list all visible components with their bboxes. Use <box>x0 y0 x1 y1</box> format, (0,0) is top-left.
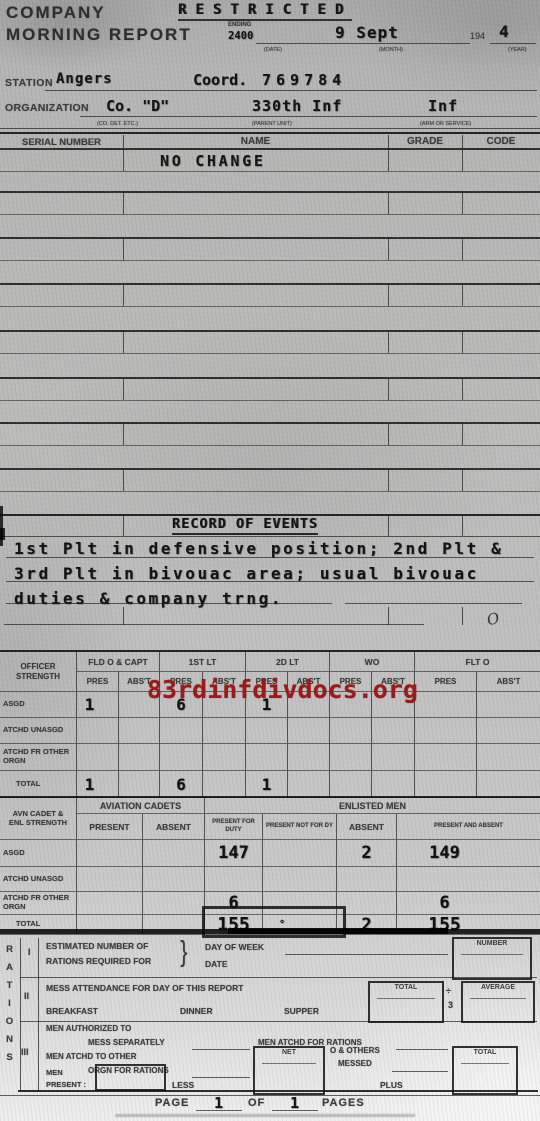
org-sublabel-2: (PARENT UNIT) <box>252 121 292 127</box>
officer-cell <box>288 771 330 798</box>
enlisted-cell <box>205 867 263 892</box>
enlisted-subcol: PRESENT FOR DUTY <box>205 814 263 840</box>
officer-strength-header: OFFICER STRENGTH <box>0 652 77 692</box>
enlisted-subcol: PRESENT AND ABSENT <box>397 814 540 840</box>
divide-symbol: ÷ <box>446 986 451 996</box>
men-atchd-other-label: MEN ATCHD TO OTHER <box>46 1052 137 1061</box>
column-divider <box>123 239 124 260</box>
restricted-stamp: RESTRICTED <box>178 2 352 21</box>
page-label: PAGE <box>155 1097 189 1109</box>
column-divider <box>388 150 389 171</box>
typing-line <box>0 306 540 307</box>
officer-cell <box>288 718 330 744</box>
org-sublabel-1: (CO. DET. ETC.) <box>97 121 138 127</box>
rule <box>0 1095 540 1096</box>
typing-line <box>0 353 540 354</box>
form-title-line1: COMPANY <box>6 3 106 23</box>
officer-subcol: PRES <box>415 672 477 692</box>
rule <box>38 938 39 1091</box>
officer-cell <box>477 692 540 718</box>
column-divider <box>388 424 389 445</box>
officer-cell <box>330 744 372 771</box>
officer-cell <box>477 718 540 744</box>
column-divider <box>462 332 463 353</box>
typing-line <box>0 491 540 492</box>
pages-label: PAGES <box>322 1097 365 1109</box>
enlisted-row-label: ASGD <box>0 840 77 867</box>
roster-entry: NO CHANGE <box>160 152 266 170</box>
officer-cell <box>203 771 246 798</box>
typing-line <box>0 260 540 261</box>
officer-cell <box>203 718 246 744</box>
roster-row <box>0 468 540 493</box>
year-value: 4 <box>499 22 509 41</box>
officer-cell <box>119 744 160 771</box>
col-grade: GRADE <box>388 136 462 147</box>
dinner-label: DINNER <box>180 1006 213 1016</box>
officer-row-label: TOTAL <box>0 771 77 798</box>
enlisted-cell: 2 <box>337 840 397 867</box>
officer-cell <box>415 692 477 718</box>
rule <box>0 128 540 129</box>
rule <box>0 536 540 537</box>
column-divider <box>388 379 389 400</box>
morning-report-scan: COMPANY MORNING REPORT RESTRICTED ENDING… <box>0 0 540 1121</box>
men-present-box <box>95 1064 166 1091</box>
officer-cell <box>246 718 288 744</box>
rule <box>262 1063 316 1064</box>
report-date: 9 Sept <box>335 23 399 42</box>
roster-row-cells <box>0 332 540 353</box>
roster-row-cells: NO CHANGE <box>0 150 540 171</box>
officer-cell <box>415 718 477 744</box>
enlisted-cell <box>337 867 397 892</box>
date-label: DATE <box>205 959 228 969</box>
roster-row-cells <box>0 239 540 260</box>
enlisted-cell: 147 <box>205 840 263 867</box>
enlisted-cell <box>143 892 205 915</box>
of-label: OF <box>248 1097 265 1109</box>
column-divider <box>462 239 463 260</box>
average-box-label: AVERAGE <box>463 984 533 991</box>
rule <box>388 607 389 625</box>
roster-row-cells <box>0 470 540 491</box>
column-divider <box>123 150 124 171</box>
officer-cell <box>415 771 477 798</box>
rule <box>256 43 470 44</box>
rule <box>6 603 332 604</box>
officer-row-label: ATCHD UNASGD <box>0 718 77 744</box>
rule <box>196 1110 242 1111</box>
rule <box>123 516 124 536</box>
officer-cell <box>415 744 477 771</box>
number-box: NUMBER <box>452 937 532 980</box>
officer-cell <box>372 744 415 771</box>
officer-cell <box>77 718 119 744</box>
enlisted-cell <box>263 867 337 892</box>
total-box: TOTAL <box>368 981 444 1023</box>
month-sublabel: (MONTH) <box>379 47 403 53</box>
rations-numeral-1: I <box>28 947 31 957</box>
enlisted-cell: 149 <box>397 840 540 867</box>
officer-cell <box>330 718 372 744</box>
officer-group-1: FLD O & CAPT <box>77 652 160 672</box>
enlisted-strength-header: AVN CADET & ENL STRENGTH <box>0 798 77 840</box>
column-divider <box>123 379 124 400</box>
column-divider <box>123 332 124 353</box>
enlisted-subcol: ABSENT <box>337 814 397 840</box>
rule <box>470 998 526 999</box>
year-sublabel: (YEAR) <box>508 47 527 53</box>
column-divider <box>462 470 463 491</box>
column-divider <box>123 424 124 445</box>
officer-cell <box>477 744 540 771</box>
officer-group-5: FLT O <box>415 652 540 672</box>
enlisted-cell <box>77 867 143 892</box>
present-label: PRESENT : <box>46 1080 86 1089</box>
rule <box>20 1021 537 1022</box>
officer-cell <box>330 771 372 798</box>
aviation-cadets-group: AVIATION CADETS <box>77 798 205 814</box>
enlisted-row-label: ATCHD FR OTHER ORGN <box>0 892 77 915</box>
rule <box>123 607 124 625</box>
ending-time: 2400 <box>228 30 253 42</box>
rule <box>392 1071 448 1072</box>
org-arm: Inf <box>428 97 458 115</box>
officer-cell <box>288 744 330 771</box>
men-authorized-label: MEN AUTHORIZED TO <box>46 1024 131 1033</box>
illegible-fine-print <box>115 1114 415 1117</box>
column-divider <box>462 150 463 171</box>
officer-group-2: 1ST LT <box>160 652 246 672</box>
org-unit: Co. "D" <box>106 97 169 115</box>
form-title-line2: MORNING REPORT <box>6 25 192 45</box>
column-divider <box>462 193 463 214</box>
officer-strength-table: OFFICER STRENGTHFLD O & CAPT1ST LT2D LTW… <box>0 650 540 798</box>
officer-cell: 1 <box>77 771 119 798</box>
average-box: AVERAGE <box>461 981 535 1023</box>
typing-line <box>0 445 540 446</box>
roster-row <box>0 377 540 402</box>
column-divider <box>462 285 463 306</box>
column-divider <box>123 285 124 306</box>
officer-cell <box>160 744 203 771</box>
breakfast-label: BREAKFAST <box>46 1006 98 1016</box>
enlisted-subcol: ABSENT <box>143 814 205 840</box>
rule <box>285 954 448 955</box>
rule <box>490 43 536 44</box>
station-value: Angers <box>56 71 113 87</box>
scan-smudge <box>0 528 5 540</box>
roster-row <box>0 330 540 355</box>
column-divider <box>388 470 389 491</box>
coord-value: 769784 <box>262 71 346 89</box>
rule <box>461 1063 509 1064</box>
rule <box>4 624 424 625</box>
rations-est-line1: ESTIMATED NUMBER OF <box>46 941 148 951</box>
officer-group-3: 2D LT <box>246 652 330 672</box>
col-serial-number: SERIAL NUMBER <box>0 137 123 148</box>
enlisted-cell <box>263 840 337 867</box>
men-label: MEN <box>46 1068 63 1077</box>
column-divider <box>388 285 389 306</box>
column-divider <box>462 424 463 445</box>
officer-subcol: PRES <box>77 672 119 692</box>
rule <box>377 998 435 999</box>
divisor: 3 <box>448 1000 453 1010</box>
rations-numeral-2: II <box>24 991 29 1001</box>
total-box-label: TOTAL <box>370 984 442 991</box>
rule <box>272 1110 318 1111</box>
org-sublabel-3: (ARM OR SERVICE) <box>420 121 471 127</box>
roster-row: NO CHANGE <box>0 148 540 173</box>
officer-subcol: ABS'T <box>477 672 540 692</box>
rations-est-line2: RATIONS REQUIRED FOR <box>46 956 151 966</box>
enlisted-cell: 6 <box>397 892 540 915</box>
col-code: CODE <box>462 136 540 147</box>
brace-glyph: } <box>180 936 187 969</box>
column-divider <box>123 193 124 214</box>
number-box-label: NUMBER <box>454 940 530 947</box>
officer-row-label: ATCHD FR OTHER ORGN <box>0 744 77 771</box>
rule <box>462 607 463 625</box>
enlisted-subcol: PRESENT NOT FOR DY <box>263 814 337 840</box>
messed-label: MESSED <box>338 1059 372 1068</box>
rule <box>45 90 537 91</box>
rule <box>345 603 522 604</box>
events-line-1: 1st Plt in defensive position; 2nd Plt & <box>14 539 503 558</box>
officer-cell <box>119 771 160 798</box>
rule <box>462 516 463 536</box>
enlisted-cell <box>143 867 205 892</box>
officer-cell: 1 <box>246 771 288 798</box>
rule <box>6 557 534 558</box>
officer-cell <box>160 718 203 744</box>
rule <box>388 516 389 536</box>
supper-label: SUPPER <box>284 1006 319 1016</box>
day-of-week-label: DAY OF WEEK <box>205 942 264 952</box>
officer-cell <box>77 744 119 771</box>
officer-cell: 6 <box>160 771 203 798</box>
rule <box>80 116 537 117</box>
enlisted-row-label: ATCHD UNASGD <box>0 867 77 892</box>
rule <box>396 1049 448 1050</box>
handwritten-mark: O <box>485 609 501 629</box>
org-parent: 330th Inf <box>252 97 342 115</box>
roster-row <box>0 191 540 216</box>
mess-attendance-label: MESS ATTENDANCE FOR DAY OF THIS REPORT <box>46 983 243 993</box>
coord-label: Coord. <box>193 71 247 89</box>
roster-row-cells <box>0 379 540 400</box>
officer-cell: 1 <box>77 692 119 718</box>
roster-row-cells <box>0 285 540 306</box>
officer-cell <box>372 718 415 744</box>
typing-line <box>0 214 540 215</box>
enlisted-cell <box>143 840 205 867</box>
events-line-3: duties & company trng. <box>14 589 283 608</box>
less-label: LESS <box>172 1080 194 1090</box>
rule <box>462 135 463 148</box>
rule <box>461 954 523 955</box>
column-divider <box>388 239 389 260</box>
enlisted-men-group: ENLISTED MEN <box>205 798 540 814</box>
watermark: 83rdinfdivdocs.org <box>147 675 418 704</box>
station-label: STATION <box>5 77 53 89</box>
column-divider <box>462 379 463 400</box>
rule <box>123 135 124 148</box>
officer-row-label: ASGD <box>0 692 77 718</box>
rule <box>6 581 534 582</box>
enlisted-cell <box>397 867 540 892</box>
date-sublabel: (DATE) <box>264 47 282 53</box>
roster-row-cells <box>0 193 540 214</box>
officer-cell <box>477 771 540 798</box>
rule <box>192 1077 250 1078</box>
enlisted-cell <box>337 892 397 915</box>
total-box-2-label: TOTAL <box>454 1049 516 1056</box>
officer-cell <box>372 771 415 798</box>
plus-label: PLUS <box>380 1080 403 1090</box>
officer-group-4: WO <box>330 652 415 672</box>
net-box: NET <box>253 1046 325 1095</box>
officer-cell <box>119 718 160 744</box>
rule <box>388 135 389 148</box>
column-divider <box>123 470 124 491</box>
column-divider <box>388 193 389 214</box>
organization-label: ORGANIZATION <box>5 102 89 114</box>
ending-label: ENDING <box>228 22 251 28</box>
o-and-others-label: O & OTHERS <box>330 1046 380 1055</box>
column-divider <box>388 332 389 353</box>
rule <box>228 928 448 934</box>
officer-cell <box>203 744 246 771</box>
roster-row <box>0 283 540 308</box>
rule <box>0 514 540 516</box>
scan-smudge <box>0 506 3 546</box>
net-box-label: NET <box>255 1049 323 1056</box>
roster-row <box>0 422 540 447</box>
roster-row-cells <box>0 424 540 445</box>
record-of-events-title: RECORD OF EVENTS <box>172 516 318 535</box>
rule <box>0 132 540 134</box>
typing-line <box>0 171 540 172</box>
mess-separately-label: MESS SEPARATELY <box>88 1038 165 1047</box>
rations-numeral-3: III <box>21 1047 29 1057</box>
enlisted-cell <box>77 892 143 915</box>
enlisted-subcol: PRESENT <box>77 814 143 840</box>
rule <box>192 1049 250 1050</box>
roster-row <box>0 237 540 262</box>
typing-line <box>0 400 540 401</box>
rule <box>20 938 21 1091</box>
col-name: NAME <box>123 136 388 147</box>
year-prefix: 194 <box>470 31 485 41</box>
officer-cell <box>246 744 288 771</box>
total-box-2: TOTAL <box>452 1046 518 1095</box>
enlisted-cell <box>77 840 143 867</box>
rations-side-label: RATIONS <box>4 944 15 1070</box>
